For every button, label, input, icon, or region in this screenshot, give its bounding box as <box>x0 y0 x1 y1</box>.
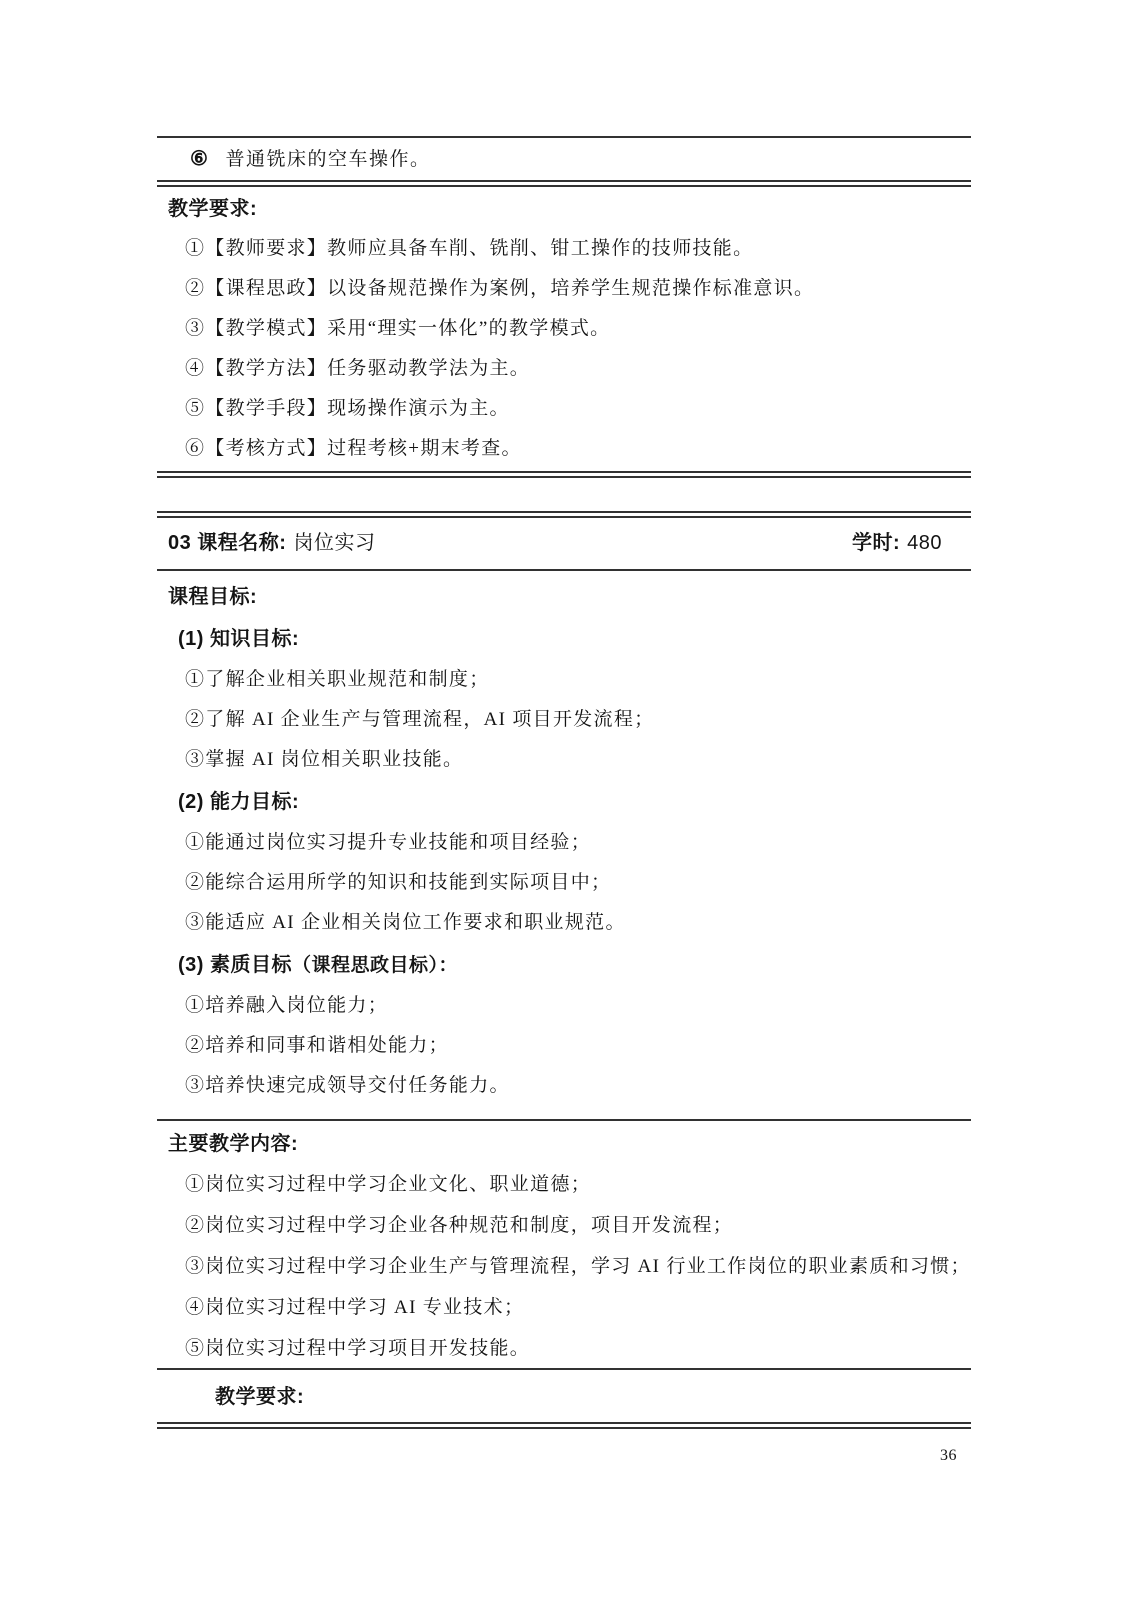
teaching-requirements-list: ①【教师要求】教师应具备车削、铣削、钳工操作的技师技能。 ②【课程思政】以设备规… <box>157 236 971 462</box>
objective-item: ③培养快速完成领导交付任务能力。 <box>157 1073 971 1099</box>
content-item: ②岗位实习过程中学习企业各种规范和制度，项目开发流程； <box>157 1213 971 1239</box>
objective-item: ①了解企业相关职业规范和制度； <box>157 667 971 693</box>
objective-item: ②了解 AI 企业生产与管理流程，AI 项目开发流程； <box>157 707 971 733</box>
rule-course-start <box>157 511 971 518</box>
objective-group-knowledge: (1) 知识目标: ①了解企业相关职业规范和制度； ②了解 AI 企业生产与管理… <box>157 626 971 773</box>
prev-course-trailing-item: ⑥普通铣床的空车操作。 <box>157 138 971 180</box>
next-teaching-requirements-heading: 教学要求: <box>215 1384 971 1410</box>
document-page: ⑥普通铣床的空车操作。 教学要求: ①【教师要求】教师应具备车削、铣削、钳工操作… <box>0 0 1131 1600</box>
page-content: ⑥普通铣床的空车操作。 教学要求: ①【教师要求】教师应具备车削、铣削、钳工操作… <box>157 0 971 1465</box>
rule-page-bottom <box>157 1422 971 1429</box>
requirement-item: ⑤【教学手段】现场操作演示为主。 <box>157 396 971 422</box>
objective-item: ①培养融入岗位能力； <box>157 993 971 1019</box>
course-hours-value: 480 <box>907 532 942 554</box>
trailing-item-text: 普通铣床的空车操作。 <box>225 149 430 170</box>
main-content-heading: 主要教学内容: <box>168 1131 971 1157</box>
course-objectives-heading: 课程目标: <box>168 584 971 610</box>
content-item: ⑤岗位实习过程中学习项目开发技能。 <box>157 1336 971 1362</box>
main-content-list: ①岗位实习过程中学习企业文化、职业道德； ②岗位实习过程中学习企业各种规范和制度… <box>157 1172 971 1362</box>
rule-section-divider <box>157 180 971 187</box>
requirement-item: ③【教学模式】采用“理实一体化”的教学模式。 <box>157 316 971 342</box>
rule-under-course-header <box>157 569 971 571</box>
course-header: 03 课程名称:岗位实习 学时:480 <box>157 518 971 569</box>
group-title-text: (3) 素质目标 <box>178 954 292 976</box>
requirement-item: ④【教学方法】任务驱动教学法为主。 <box>157 356 971 382</box>
objective-group-quality: (3) 素质目标（课程思政目标）： ①培养融入岗位能力； ②培养和同事和谐相处能… <box>157 952 971 1099</box>
rule-course-end <box>157 471 971 478</box>
rule-above-main-content <box>157 1119 971 1121</box>
section-gap <box>157 478 971 511</box>
objective-group-title: (3) 素质目标（课程思政目标）： <box>178 952 971 979</box>
top-margin <box>157 0 971 136</box>
objective-item: ②能综合运用所学的知识和技能到实际项目中； <box>157 870 971 896</box>
content-item: ③岗位实习过程中学习企业生产与管理流程，学习 AI 行业工作岗位的职业素质和习惯… <box>157 1254 971 1280</box>
course-name: 岗位实习 <box>293 532 375 554</box>
rule-above-next-requirements <box>157 1368 971 1370</box>
teaching-requirements-heading: 教学要求: <box>168 196 971 222</box>
requirement-item: ①【教师要求】教师应具备车削、铣削、钳工操作的技师技能。 <box>157 236 971 262</box>
content-item: ①岗位实习过程中学习企业文化、职业道德； <box>157 1172 971 1198</box>
content-item: ④岗位实习过程中学习 AI 专业技术； <box>157 1295 971 1321</box>
objective-item: ①能通过岗位实习提升专业技能和项目经验； <box>157 830 971 856</box>
circled-number-marker: ⑥ <box>190 148 209 170</box>
group-title-text: (2) 能力目标: <box>178 791 299 813</box>
objective-item: ②培养和同事和谐相处能力； <box>157 1033 971 1059</box>
objective-group-ability: (2) 能力目标: ①能通过岗位实习提升专业技能和项目经验； ②能综合运用所学的… <box>157 789 971 936</box>
course-title: 03 课程名称:岗位实习 <box>168 530 375 556</box>
objective-group-title: (2) 能力目标: <box>178 789 971 816</box>
group-title-subtitle: （课程思政目标）： <box>292 955 458 976</box>
course-number-label: 03 课程名称: <box>168 532 286 554</box>
objective-group-title: (1) 知识目标: <box>178 626 971 653</box>
course-hours-label: 学时: <box>852 532 900 554</box>
objective-item: ③掌握 AI 岗位相关职业技能。 <box>157 747 971 773</box>
group-title-text: (1) 知识目标: <box>178 628 299 650</box>
objective-item: ③能适应 AI 企业相关岗位工作要求和职业规范。 <box>157 910 971 936</box>
page-number: 36 <box>157 1447 971 1465</box>
requirement-item: ⑥【考核方式】过程考核+期末考查。 <box>157 436 971 462</box>
course-hours: 学时:480 <box>852 530 942 556</box>
requirement-item: ②【课程思政】以设备规范操作为案例，培养学生规范操作标准意识。 <box>157 276 971 302</box>
